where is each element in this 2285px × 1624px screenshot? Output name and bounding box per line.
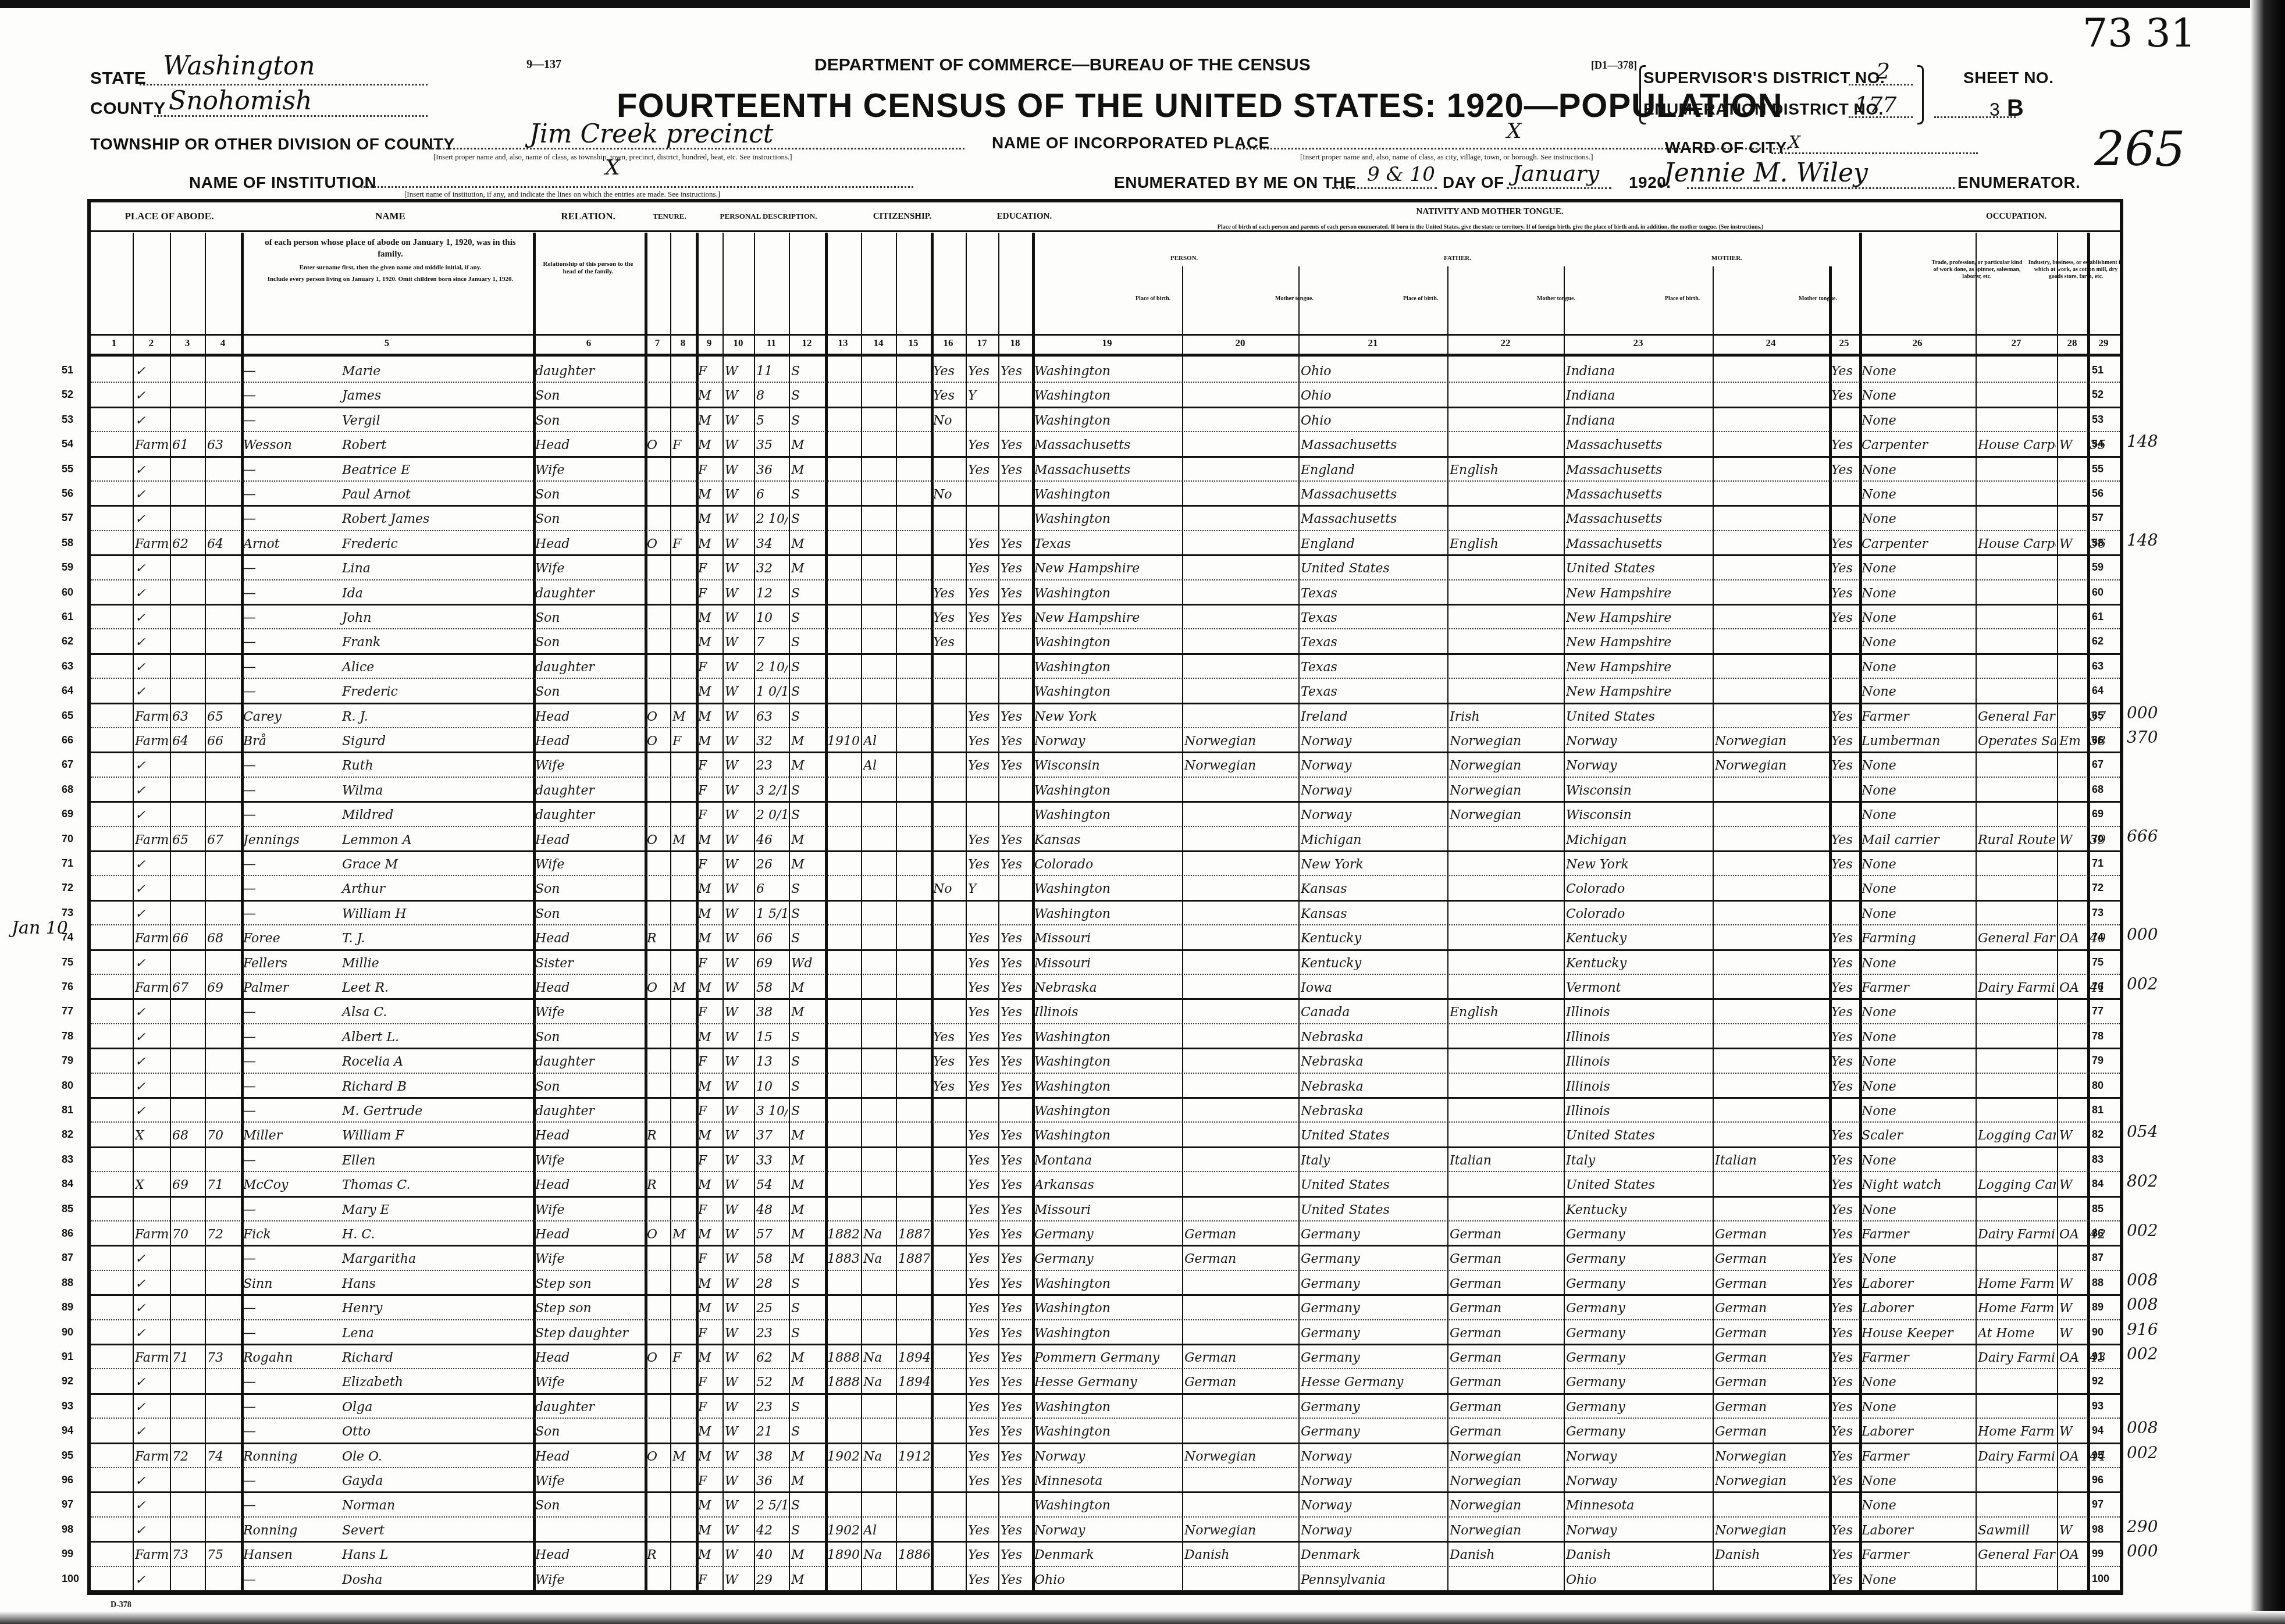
dwelling-cell: 67 [172,975,204,999]
dwelling-cell [172,1271,204,1295]
marital-cell: S [791,901,824,925]
fmt-cell [1450,605,1563,629]
fmt-cell [1450,506,1563,530]
fpob-cell: Italy [1301,1148,1446,1172]
table-row: 8484X6971McCoyThomas C.HeadRMW54MYesYesA… [91,1172,2120,1196]
line-number: 97 [62,1498,73,1511]
dwelling-cell [172,1295,204,1320]
column-number: 6 [533,337,645,349]
read-cell: Yes [968,580,997,605]
occupation-code: 370 [2127,728,2197,745]
house-cell: ✓ [135,580,169,605]
free-cell [672,1419,695,1443]
relation-cell: Head [535,531,643,555]
race-cell: W [725,1518,753,1542]
dwelling-cell: 64 [172,728,204,753]
surname: — [243,999,342,1024]
industry-cell [1978,1394,2056,1419]
scan-border-bottom [0,1611,2285,1624]
sex-cell: F [698,1567,721,1591]
mmt-cell: German [1715,1221,1828,1246]
sex-cell: F [698,753,721,777]
surname: — [243,1024,342,1049]
home-cell [647,1295,669,1320]
table-row: 8282X6870MillerWilliam FHeadRMW37MYesYes… [91,1123,2120,1147]
house-cell: ✓ [135,1246,169,1270]
fmt-cell [1450,876,1563,900]
age-cell: 11 [756,358,788,383]
name-cell: —Dosha [243,1567,532,1591]
eng-cell [1831,876,1858,900]
school-cell [933,1246,964,1270]
mmt-cell [1715,358,1828,383]
dwelling-cell [172,1394,204,1419]
natyr-cell [898,605,930,629]
family-cell [207,1024,240,1049]
relation-cell: Wife [535,555,643,580]
mmt-cell [1715,654,1828,679]
family-cell: 74 [207,1444,240,1468]
age-cell: 13 [756,1049,788,1073]
read-cell: Yes [968,827,997,852]
age-cell: 29 [756,1567,788,1591]
nat-cell [863,1074,895,1098]
farm-cell [2090,1468,2119,1493]
nat-cell: Na [863,1542,895,1566]
write-cell: Yes [1001,1345,1031,1369]
race-cell: W [725,629,753,654]
imm-cell [827,1123,860,1147]
line-number: 52 [62,389,73,401]
emp-cell: W [2059,531,2086,555]
trade-cell: Laborer [1862,1295,1974,1320]
natyr-cell [898,358,930,383]
industry-cell [1978,629,2056,654]
relation-cell: Son [535,506,643,530]
name-cell: —Otto [243,1419,532,1443]
emp-cell [2059,555,2086,580]
home-cell [647,753,669,777]
eng-cell: Yes [1831,1542,1858,1566]
school-cell: Yes [933,1074,964,1098]
trade-cell: None [1862,753,1974,777]
nat-cell [863,629,895,654]
home-cell [647,1148,669,1172]
home-cell [647,1098,669,1123]
natyr-cell [898,802,930,827]
dwelling-cell [172,1567,204,1591]
relation-cell: Wife [535,999,643,1024]
race-cell: W [725,432,753,457]
table-row: 6363✓—AlicedaughterFW2 10/12SWashingtonT… [91,654,2120,679]
natyr-cell [898,999,930,1024]
emp-cell [2059,778,2086,802]
mpob-cell: Indiana [1566,358,1711,383]
industry-cell: General Farm [1978,1542,2056,1566]
age-cell: 32 [756,555,788,580]
family-cell [207,1567,240,1591]
mpob-cell: Wisconsin [1566,802,1711,827]
read-cell [968,1493,997,1517]
fpob-cell: Germany [1301,1419,1446,1443]
industry-cell: Home Farm [1978,1295,2056,1320]
surname: — [243,802,342,827]
table-row: 6262✓—FrankSonMW7SYesWashingtonTexasNew … [91,629,2120,654]
home-cell [647,1320,669,1345]
read-cell: Yes [968,753,997,777]
race-cell: W [725,679,753,703]
school-cell [933,1493,964,1517]
school-cell [933,802,964,827]
fmt-cell [1450,827,1563,852]
age-cell: 2 5/12 [756,1493,788,1517]
surname: — [243,901,342,925]
industry-cell [1978,999,2056,1024]
sheet-side: B [2007,95,2024,122]
father-subheader: FATHER. [1444,255,1471,262]
trade-cell: None [1862,679,1974,703]
marital-cell: S [791,679,824,703]
given-name: Mildred [342,808,393,822]
fmt-cell [1450,358,1563,383]
free-cell [672,802,695,827]
street-cell [98,1074,131,1098]
fpob-cell: Pennsylvania [1301,1567,1446,1591]
surname: Miller [243,1123,342,1147]
nat-cell [863,555,895,580]
fmt-cell: German [1450,1369,1563,1394]
line-number: 80 [62,1080,73,1092]
column-number: 21 [1298,337,1447,349]
house-cell: ✓ [135,679,169,703]
house-cell: ✓ [135,753,169,777]
marital-cell: S [791,802,824,827]
mpob-cell: New Hampshire [1566,629,1711,654]
mt-cell [1184,629,1297,654]
line-number: 87 [62,1252,73,1264]
name-cell: —Marie [243,358,532,383]
table-row: 7070Farm6567JenningsLemmon AHeadOMMW46MY… [91,827,2120,852]
occupation-code: 008 [2127,1295,2197,1312]
home-cell [647,876,669,900]
c19-header: Place of birth. [1136,295,1170,302]
age-cell: 1 0/12 [756,679,788,703]
fmt-cell [1450,408,1563,432]
trade-cell: None [1862,408,1974,432]
line-number: 65 [62,710,73,722]
surname: Fick [243,1221,342,1246]
dwelling-cell [172,1098,204,1123]
c26-header: Trade, profession, or particular kind of… [1929,259,2025,312]
name-cell: RonningSevert [243,1518,532,1542]
fmt-cell: Norwegian [1450,1444,1563,1468]
read-cell: Yes [968,1074,997,1098]
given-name: William H [342,907,407,921]
race-cell: W [725,1098,753,1123]
school-cell: Yes [933,358,964,383]
free-cell [672,1468,695,1493]
house-cell [135,1148,169,1172]
mt-cell [1184,1419,1297,1443]
farm-cell [2090,999,2119,1024]
imm-cell [827,457,860,482]
name-cell: —Mary E [243,1197,532,1221]
emp-cell: W [2059,1295,2086,1320]
emp-cell [2059,679,2086,703]
school-cell: Yes [933,580,964,605]
occupation-code [2127,1074,2197,1091]
free-cell [672,1493,695,1517]
sex-cell: M [698,728,721,753]
natyr-cell [898,1320,930,1345]
street-cell [98,999,131,1024]
eng-cell: Yes [1831,1049,1858,1073]
fmt-cell: English [1450,999,1563,1024]
street-cell [98,506,131,530]
fmt-cell: German [1450,1320,1563,1345]
read-cell: Yes [968,950,997,975]
table-row: 5858Farm6264ArnotFredericHeadOFMW34MYesY… [91,531,2120,555]
name-cell: —Alsa C. [243,999,532,1024]
mt-cell [1184,1567,1297,1591]
sex-cell: M [698,1271,721,1295]
table-row: 9494✓—OttoSonMW21SYesYesWashingtonGerman… [91,1419,2120,1443]
mmt-cell [1715,531,1828,555]
free-cell [672,1369,695,1394]
farm-cell [2090,383,2119,407]
dwelling-cell [172,679,204,703]
emp-cell [2059,1246,2086,1270]
mpob-cell: Illinois [1566,1098,1711,1123]
marital-cell: S [791,876,824,900]
street-cell [98,1542,131,1566]
surname: Ronning [243,1518,342,1542]
sex-cell: M [698,506,721,530]
write-cell: Yes [1001,925,1031,950]
natyr-cell [898,1419,930,1443]
farm-cell [2090,1148,2119,1172]
occupation-code [2127,753,2197,770]
free-cell [672,654,695,679]
family-cell [207,802,240,827]
trade-cell: None [1862,383,1974,407]
family-cell [207,1468,240,1493]
school-cell [933,1197,964,1221]
line-number: 89 [62,1301,73,1313]
surname: Brå [243,728,342,753]
pob-cell: Pommern Germany [1034,1345,1181,1369]
pob-cell: Washington [1034,876,1181,900]
sex-cell: M [698,679,721,703]
age-cell: 57 [756,1221,788,1246]
relation-cell: Wife [535,852,643,876]
surname: — [243,1320,342,1345]
natyr-cell [898,1271,930,1295]
family-cell [207,852,240,876]
mt-cell [1184,679,1297,703]
given-name: Vergil [342,414,380,428]
relation-cell: Son [535,408,643,432]
free-cell [672,1148,695,1172]
street-cell [98,852,131,876]
marital-cell: M [791,1542,824,1566]
name-cell: SinnHans [243,1271,532,1295]
trade-cell: Scaler [1862,1123,1974,1147]
read-cell: Yes [968,925,997,950]
race-cell: W [725,1295,753,1320]
race-cell: W [725,654,753,679]
industry-cell [1978,950,2056,975]
school-cell [933,1468,964,1493]
fpob-cell: England [1301,531,1446,555]
given-name: Otto [342,1424,371,1439]
farm-cell [2090,852,2119,876]
mpob-cell: Germany [1566,1271,1711,1295]
occupation-code [2127,999,2197,1016]
fpob-cell: Nebraska [1301,1024,1446,1049]
name-cell: ArnotFrederic [243,531,532,555]
mt-cell [1184,1320,1297,1345]
sex-cell: M [698,925,721,950]
surname: — [243,408,342,432]
imm-cell [827,975,860,999]
house-cell: ✓ [135,555,169,580]
table-row: 8585—Mary EWifeFW48MYesYesMissouriUnited… [91,1197,2120,1221]
emp-cell [2059,1567,2086,1591]
relation-cell: daughter [535,654,643,679]
line-number: 81 [62,1104,73,1116]
marital-cell: M [791,1197,824,1221]
sex-cell: M [698,1074,721,1098]
sex-cell: M [698,482,721,506]
pob-cell: Washington [1034,1271,1181,1295]
ward-value: X [1789,133,1800,152]
table-row: 8383—EllenWifeFW33MYesYesMontanaItalyIta… [91,1148,2120,1172]
read-cell [968,1098,997,1123]
fpob-cell: Germany [1301,1295,1446,1320]
industry-cell: General Farm [1978,925,2056,950]
emp-cell [2059,506,2086,530]
mpob-cell: Danish [1566,1542,1711,1566]
write-cell: Yes [1001,1320,1031,1345]
marital-cell: S [791,704,824,728]
occupation-code [2127,1394,2197,1411]
read-cell: Yes [968,1271,997,1295]
institution-label: NAME OF INSTITUTION [189,173,376,192]
line-number: 61 [62,611,73,623]
table-row: 8888✓SinnHansStep sonMW28SYesYesWashingt… [91,1271,2120,1295]
occupation-code: 000 [2127,704,2197,721]
read-cell: Yes [968,1049,997,1073]
write-cell [1001,1098,1031,1123]
sex-cell: M [698,1295,721,1320]
census-title: FOURTEENTH CENSUS OF THE UNITED STATES: … [617,86,1783,125]
write-cell: Yes [1001,1542,1031,1566]
name-cell: ForeeT. J. [243,925,532,950]
trade-cell: None [1862,999,1974,1024]
read-cell: Yes [968,1024,997,1049]
mt-cell [1184,580,1297,605]
free-cell [672,753,695,777]
given-name: Millie [342,956,379,971]
industry-cell: At Home [1978,1320,2056,1345]
read-cell [968,778,997,802]
emp-cell [2059,704,2086,728]
occupation-code [2127,876,2197,893]
natyr-cell [898,1098,930,1123]
emp-cell [2059,580,2086,605]
race-cell: W [725,999,753,1024]
sex-cell: M [698,1221,721,1246]
emp-cell: Em [2059,728,2086,753]
read-cell: Yes [968,1369,997,1394]
natyr-cell [898,1394,930,1419]
emp-cell [2059,999,2086,1024]
read-cell: Yes [968,457,997,482]
marital-cell: S [791,1295,824,1320]
race-cell: W [725,1074,753,1098]
write-cell: Yes [1001,605,1031,629]
occupation-code [2127,1148,2197,1164]
given-name: Marie [342,364,380,379]
race-cell: W [725,1320,753,1345]
house-cell: ✓ [135,1369,169,1394]
group-personal: PERSONAL DESCRIPTION. [696,205,841,230]
free-cell [672,1542,695,1566]
mpob-cell: New Hampshire [1566,580,1711,605]
nativity-instructions: Place of birth of each person and parent… [1095,223,1886,247]
house-cell: Farm [135,704,169,728]
age-cell: 2 0/12 [756,802,788,827]
name-cell: —Ellen [243,1148,532,1172]
house-cell: ✓ [135,852,169,876]
family-cell [207,654,240,679]
house-cell: ✓ [135,506,169,530]
race-cell: W [725,457,753,482]
race-cell: W [725,1567,753,1591]
trade-cell: Farmer [1862,704,1974,728]
marital-cell: M [791,1148,824,1172]
school-cell [933,457,964,482]
farm-cell [2090,950,2119,975]
natyr-cell [898,704,930,728]
pob-cell: Washington [1034,901,1181,925]
sex-cell: F [698,999,721,1024]
free-cell [672,1320,695,1345]
race-cell: W [725,1345,753,1369]
age-cell: 6 [756,876,788,900]
industry-cell [1978,753,2056,777]
family-cell [207,1295,240,1320]
relation-cell: Son [535,876,643,900]
table-row: 9595Farm7274RonningOle O.HeadOMMW38M1902… [91,1444,2120,1468]
fpob-cell: Kentucky [1301,950,1446,975]
pob-cell: Arkansas [1034,1172,1181,1196]
name-cell: —Mildred [243,802,532,827]
table-row: 9696✓—GaydaWifeFW36MYesYesMinnesotaNorwa… [91,1468,2120,1493]
house-cell: ✓ [135,1394,169,1419]
surname: Foree [243,925,342,950]
natyr-cell [898,876,930,900]
supervisor-value: 2 [1876,58,1890,84]
marital-cell: S [791,925,824,950]
given-name: Ellen [342,1153,375,1168]
fpob-cell: Norway [1301,1518,1446,1542]
read-cell: Yes [968,1567,997,1591]
line-number: 94 [62,1424,73,1437]
nat-cell [863,876,895,900]
marital-cell: M [791,1444,824,1468]
